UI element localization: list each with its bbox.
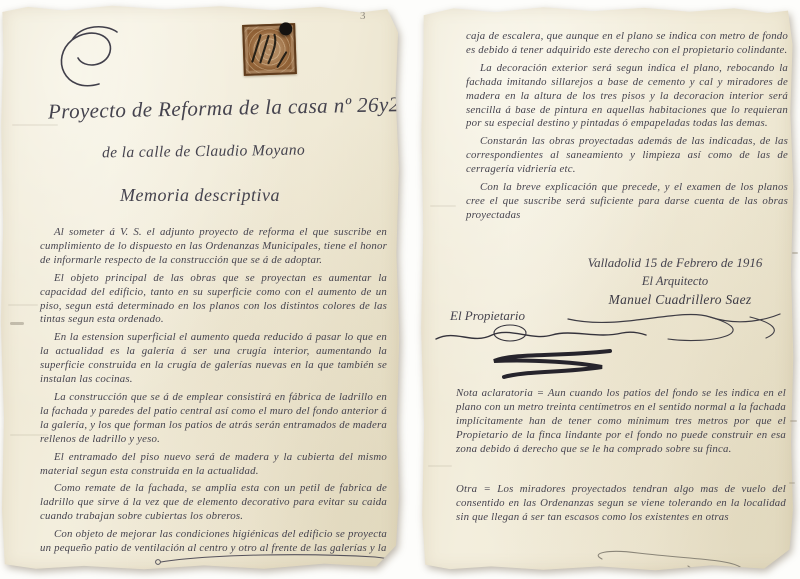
paragraph: La decoración exterior será segun indica… xyxy=(466,62,788,132)
paragraph: Como remate de la fachada, se amplia est… xyxy=(40,482,387,524)
pencil-dash xyxy=(792,252,798,254)
paragraph: En la estension superficial el aumento q… xyxy=(40,331,387,387)
paragraph: El entramado del piso nuevo será de made… xyxy=(40,451,387,479)
additional-note: Otra = Los miradores proyectados tendran… xyxy=(456,483,786,529)
pencil-dash xyxy=(790,420,797,422)
paragraph: Nota aclaratoria = Aun cuando los patios… xyxy=(456,387,786,457)
manuscript-page-right: caja de escalera, que aunque en el plano… xyxy=(420,5,794,572)
pencil-dash xyxy=(789,482,795,484)
manuscript-body: Al someter á V. S. el adjunto proyecto d… xyxy=(40,226,387,560)
rubric-flourish xyxy=(44,22,128,100)
document-subtitle: de la calle de Claudio Moyano xyxy=(102,142,305,163)
end-of-page-flourish xyxy=(150,550,410,576)
architect-role-label: El Arquitecto xyxy=(560,274,790,289)
paragraph: Con la breve explicación que precede, y … xyxy=(466,181,788,223)
paper-sheet: caja de escalera, que aunque en el plano… xyxy=(420,5,794,572)
clarifying-note: Nota aclaratoria = Aun cuando los patios… xyxy=(456,387,786,461)
paragraph: Otra = Los miradores proyectados tendran… xyxy=(456,483,786,525)
revenue-stamp-icon xyxy=(242,23,297,76)
stamp-cancellation-scribble-icon xyxy=(245,28,292,72)
ink-smudge xyxy=(10,322,24,325)
bleed-through-mark xyxy=(8,304,38,306)
pencil-page-number: 3 xyxy=(360,10,366,22)
paragraph: Al someter á V. S. el adjunto proyecto d… xyxy=(40,226,387,268)
paragraph: Constarán las obras proyectadas además d… xyxy=(466,135,788,177)
end-of-page-flourish xyxy=(580,547,760,577)
owner-signature-scribble xyxy=(432,321,657,387)
paragraph: El objeto principal de las obras que se … xyxy=(40,272,387,328)
section-heading: Memoria descriptiva xyxy=(0,185,400,206)
manuscript-body: caja de escalera, que aunque en el plano… xyxy=(466,30,788,227)
bleed-through-mark xyxy=(430,205,456,207)
dateline: Valladolid 15 de Febrero de 1916 xyxy=(560,255,790,271)
paper-sheet: 3 Proyecto de Reforma de la casa nº 26y2… xyxy=(0,4,400,571)
paragraph: La construcción que se á de emplear cons… xyxy=(40,391,387,447)
manuscript-page-left: 3 Proyecto de Reforma de la casa nº 26y2… xyxy=(0,4,400,571)
bleed-through-mark xyxy=(428,465,452,467)
paragraph: caja de escalera, que aunque en el plano… xyxy=(466,30,788,58)
